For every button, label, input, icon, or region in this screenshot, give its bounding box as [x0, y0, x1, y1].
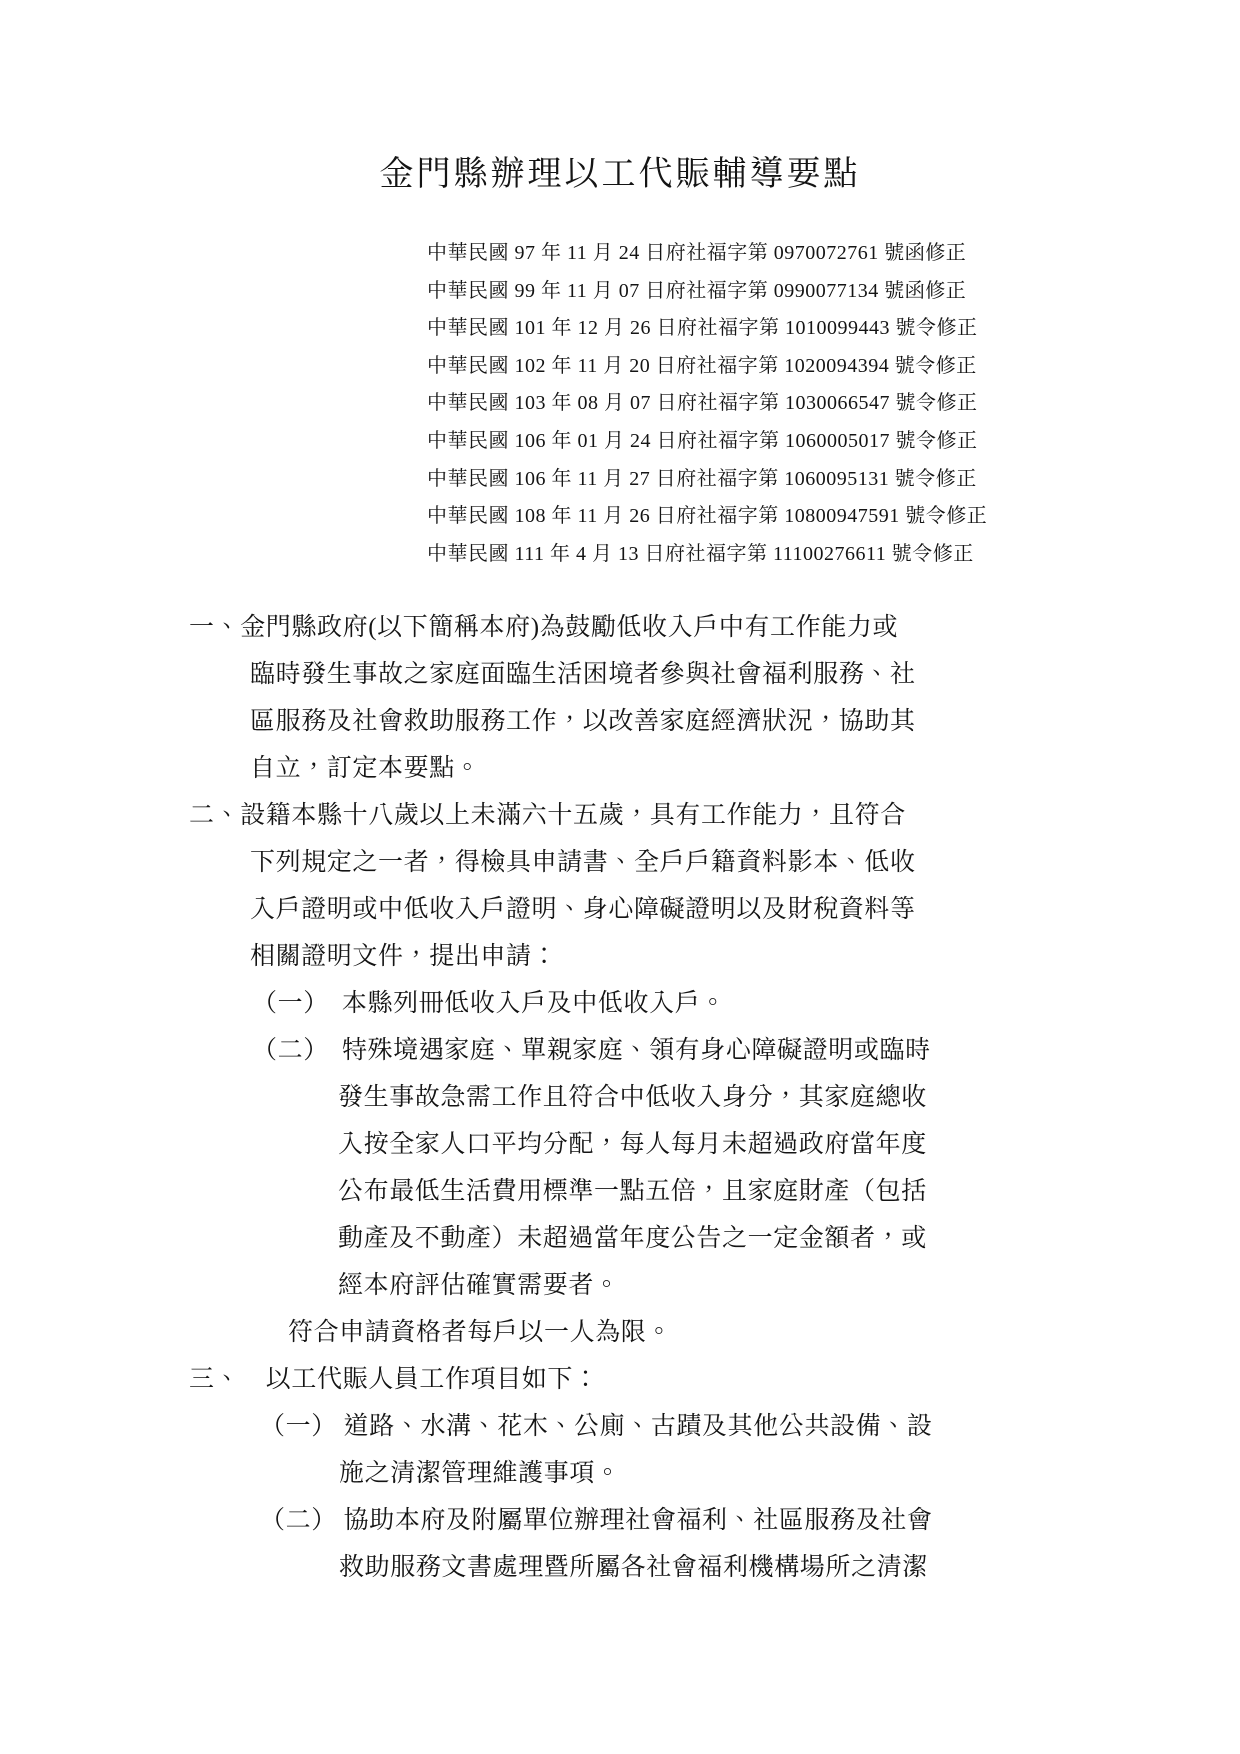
body-line-section-1: 一、金門縣政府(以下簡稱本府)為鼓勵低收入戶中有工作能力或	[0, 604, 1240, 651]
amendment-line: 中華民國 102 年 11 月 20 日府社福字第 1020094394 號令修…	[427, 348, 987, 386]
amendment-line: 中華民國 101 年 12 月 26 日府社福字第 1010099443 號令修…	[427, 310, 987, 348]
amendment-line: 中華民國 99 年 11 月 07 日府社福字第 0990077134 號函修正	[427, 273, 987, 311]
body-line-item-3-2: （二） 協助本府及附屬單位辦理社會福利、社區服務及社會	[0, 1497, 1240, 1544]
body-line-note: 符合申請資格者每戶以一人為限。	[0, 1309, 1240, 1356]
body-line: 入按全家人口平均分配，每人每月未超過政府當年度	[0, 1121, 1240, 1168]
body-line-section-2: 二、設籍本縣十八歲以上未滿六十五歲，具有工作能力，且符合	[0, 792, 1240, 839]
body-line: 臨時發生事故之家庭面臨生活困境者參與社會福利服務、社	[0, 651, 1240, 698]
body-line-item-2-1: （一） 本縣列冊低收入戶及中低收入戶。	[0, 980, 1240, 1027]
body-line: 相關證明文件，提出申請：	[0, 933, 1240, 980]
amendment-line: 中華民國 106 年 01 月 24 日府社福字第 1060005017 號令修…	[427, 423, 987, 461]
amendment-line: 中華民國 97 年 11 月 24 日府社福字第 0970072761 號函修正	[427, 235, 987, 273]
body-line-item-3-1: （一） 道路、水溝、花木、公廁、古蹟及其他公共設備、設	[0, 1403, 1240, 1450]
amendment-history: 中華民國 97 年 11 月 24 日府社福字第 0970072761 號函修正…	[427, 235, 987, 573]
body-line: 下列規定之一者，得檢具申請書、全戶戶籍資料影本、低收	[0, 839, 1240, 886]
amendment-line: 中華民國 111 年 4 月 13 日府社福字第 11100276611 號令修…	[427, 536, 987, 574]
body-line: 入戶證明或中低收入戶證明、身心障礙證明以及財稅資料等	[0, 886, 1240, 933]
body-line-section-3: 三、 以工代賑人員工作項目如下：	[0, 1356, 1240, 1403]
body-line: 區服務及社會救助服務工作，以改善家庭經濟狀況，協助其	[0, 698, 1240, 745]
document-page: 金門縣辦理以工代賑輔導要點 中華民國 97 年 11 月 24 日府社福字第 0…	[0, 0, 1240, 1754]
body-line-item-2-2: （二） 特殊境遇家庭、單親家庭、領有身心障礙證明或臨時	[0, 1027, 1240, 1074]
body-line: 經本府評估確實需要者。	[0, 1262, 1240, 1309]
body-line: 施之清潔管理維護事項。	[0, 1450, 1240, 1497]
body-line: 公布最低生活費用標準一點五倍，且家庭財產（包括	[0, 1168, 1240, 1215]
body-line: 救助服務文書處理暨所屬各社會福利機構場所之清潔	[0, 1544, 1240, 1591]
document-body: 一、金門縣政府(以下簡稱本府)為鼓勵低收入戶中有工作能力或 臨時發生事故之家庭面…	[0, 604, 1240, 1591]
body-line: 自立，訂定本要點。	[0, 745, 1240, 792]
body-line: 發生事故急需工作且符合中低收入身分，其家庭總收	[0, 1074, 1240, 1121]
body-line: 動產及不動產）未超過當年度公告之一定金額者，或	[0, 1215, 1240, 1262]
amendment-line: 中華民國 103 年 08 月 07 日府社福字第 1030066547 號令修…	[427, 385, 987, 423]
amendment-line: 中華民國 108 年 11 月 26 日府社福字第 10800947591 號令…	[427, 498, 987, 536]
page-title: 金門縣辦理以工代賑輔導要點	[0, 146, 1240, 195]
amendment-line: 中華民國 106 年 11 月 27 日府社福字第 1060095131 號令修…	[427, 461, 987, 499]
